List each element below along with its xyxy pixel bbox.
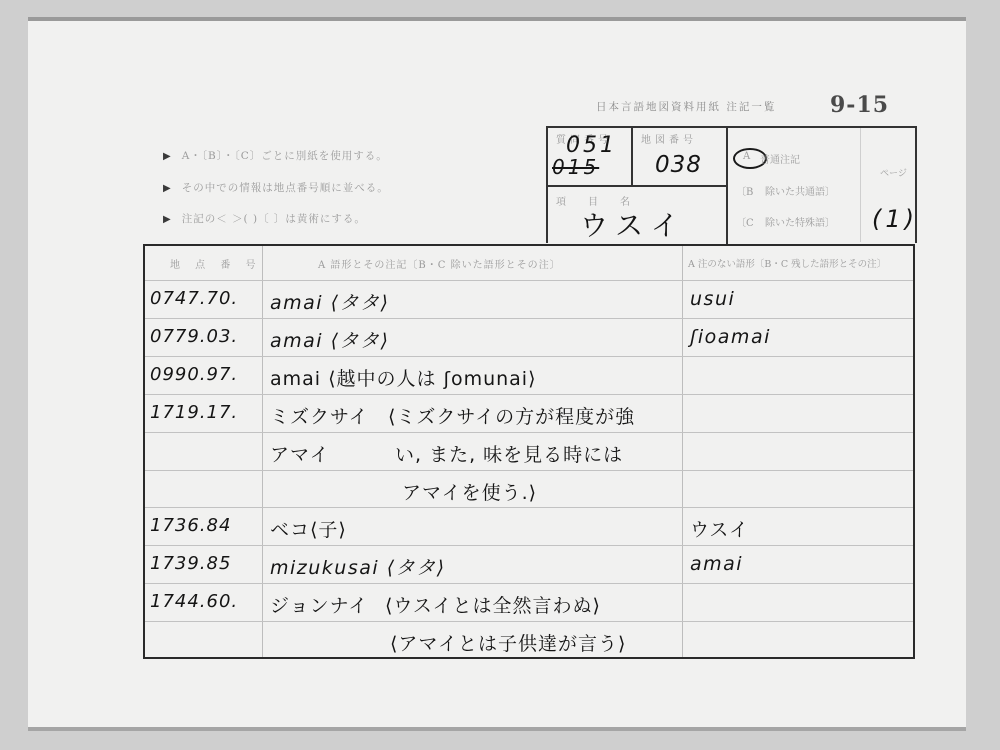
word-form: ジョンナイ	[270, 591, 368, 618]
instruction-1: ▶A・〔B〕・〔C〕ごとに別紙を使用する。	[163, 148, 388, 163]
page-label: ページ	[880, 166, 907, 179]
word-form: mizukusai ⟨タタ⟩	[270, 553, 446, 580]
item-name-value: ウスイ	[580, 204, 687, 244]
map-number-value: 038	[655, 152, 702, 178]
instruction-2: ▶その中での情報は地点番号順に並べる。	[163, 180, 389, 195]
word-form: ミズクサイ	[270, 402, 369, 429]
point-number: 0779.03.	[150, 326, 238, 347]
plain-form: usui	[690, 288, 735, 310]
plain-form: amai	[690, 553, 743, 575]
category-c-marker: 〔C	[736, 214, 754, 229]
annotation: ⟨ウスイとは全然言わぬ⟩	[385, 591, 601, 618]
plain-form: ウスイ	[690, 515, 749, 542]
category-c-label: 除いた特殊語〕	[765, 214, 835, 229]
word-form: amai ⟨タタ⟩	[270, 326, 389, 353]
form-title: 日本言語地図資料用紙 注記一覧	[596, 99, 776, 114]
annotation: ⟨アマイとは子供達が言う⟩	[390, 629, 626, 656]
annotation: ⟨ミズクサイの方が程度が強	[388, 402, 635, 429]
word-form: amai ⟨タタ⟩	[270, 288, 389, 315]
point-number: 0990.97.	[150, 364, 238, 385]
page-value: (1)	[872, 205, 918, 233]
bullet-triangle-icon: ▶	[163, 214, 172, 225]
category-a-label: 普通注記	[760, 151, 800, 166]
point-number: 1719.17.	[150, 402, 238, 423]
category-a-marker: A	[743, 151, 750, 162]
word-form: アマイ	[270, 440, 330, 467]
annotation: い, また, 味を見る時には	[395, 440, 623, 467]
point-number: 1744.60.	[150, 591, 238, 612]
column-header-form: A 語形とその注記〔B・C 除いた語形とその注〕	[318, 256, 561, 271]
point-number: 1739.85	[150, 553, 231, 574]
map-number-label: 地図番号	[641, 131, 697, 146]
word-form: ベコ⟨子⟩	[270, 515, 347, 542]
category-b-marker: 〔B	[736, 183, 753, 198]
plain-form: ʃioamai	[690, 326, 771, 348]
annotation: アマイを使う.⟩	[402, 478, 537, 505]
instruction-3: ▶注記の＜ ＞( )〔 〕は黄術にする。	[163, 211, 366, 226]
point-number: 1736.84	[150, 515, 231, 536]
column-header-point: 地 点 番 号	[170, 256, 262, 271]
bullet-triangle-icon: ▶	[163, 151, 172, 162]
form-code: 9-15	[830, 92, 889, 118]
point-number: 0747.70.	[150, 288, 238, 309]
bullet-triangle-icon: ▶	[163, 183, 172, 194]
column-header-plain: A 注のない語形〔B・C 残した語形とその注〕	[688, 256, 886, 270]
question-number-struck: 015	[552, 155, 599, 179]
word-form: amai ⟨越中の人は ʃomunai⟩	[270, 364, 537, 391]
category-b-label: 除いた共通語〕	[765, 183, 835, 198]
